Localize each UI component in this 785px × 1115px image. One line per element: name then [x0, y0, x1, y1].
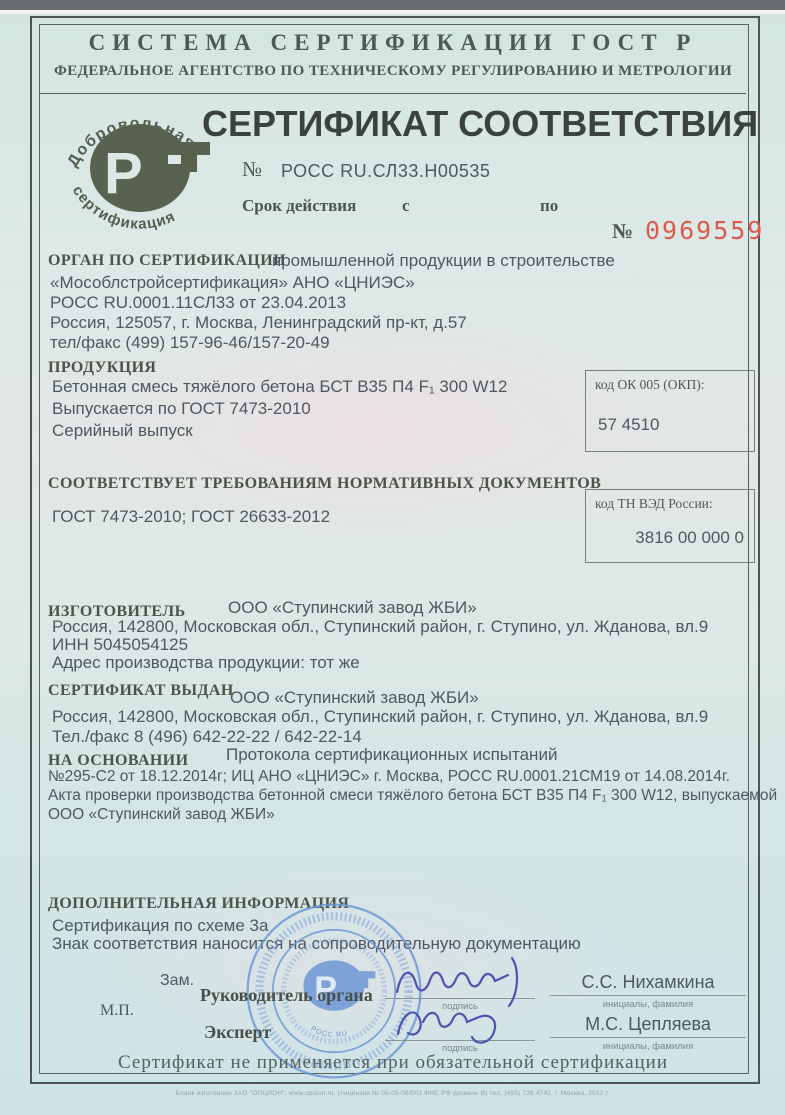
print-info: Бланк изготовлен ЗАО "ОПЦИОН", www.opcio…: [0, 1090, 785, 1097]
tnved-code-label: код ТН ВЭД России:: [595, 496, 713, 512]
organ-line: РОСС RU.0001.11СЛ33 от 23.04.2013: [50, 293, 467, 313]
scan-edge-light: [0, 10, 785, 14]
logo-mark-notch: [168, 155, 181, 164]
tnved-code-value: 3816 00 000 0: [635, 528, 744, 548]
conforms-line: ГОСТ 7473-2010; ГОСТ 26633-2012: [52, 507, 330, 527]
product-lines: Бетонная смесь тяжёлого бетона БСТ В35 П…: [52, 377, 507, 443]
expert-name-line: [550, 1019, 746, 1038]
conforms-label: СООТВЕТСТВУЕТ ТРЕБОВАНИЯМ НОРМАТИВНЫХ ДО…: [48, 475, 601, 493]
page-title: СЕРТИФИКАТ СООТВЕТСТВИЯ: [202, 103, 758, 145]
organ-line: тел/факс (499) 157-96-46/157-20-49: [50, 333, 467, 353]
organ-lines: «Мособлстройсертификация» АНО «ЦНИЭС» РО…: [50, 273, 467, 353]
expert-initials-label: инициалы, фамилия: [550, 1041, 746, 1052]
zam-label: Зам.: [160, 972, 194, 990]
issued-to-suffix: ООО «Ступинский завод ЖБИ»: [230, 688, 479, 708]
head-initials-label: инициалы, фамилия: [550, 999, 746, 1010]
logo-mark-letter: Р: [104, 141, 143, 206]
rst-logo: Добровольная Р сертификация: [56, 94, 220, 236]
issued-to-lines: Россия, 142800, Московская обл., Ступинс…: [52, 707, 708, 747]
validity-from: с: [402, 196, 410, 216]
validity-to: по: [540, 196, 558, 216]
validity-label: Срок действия: [242, 196, 356, 216]
tnved-code-box: код ТН ВЭД России: 3816 00 000 0: [585, 489, 755, 563]
blank-number: 0969559: [645, 216, 764, 245]
bottom-note: Сертификат не применяется при обязательн…: [40, 1052, 746, 1074]
product-line: Серийный выпуск: [52, 421, 507, 443]
expert-signature: [390, 996, 520, 1051]
okp-code-value: 57 4510: [598, 415, 659, 435]
conforms-lines: ГОСТ 7473-2010; ГОСТ 26633-2012: [52, 507, 330, 527]
head-name-line: [550, 977, 746, 996]
organ-line: «Мособлстройсертификация» АНО «ЦНИЭС»: [50, 273, 467, 293]
manufacturer-suffix: ООО «Ступинский завод ЖБИ»: [228, 598, 477, 618]
product-label: ПРОДУКЦИЯ: [48, 359, 156, 377]
basis-lines: №295-С2 от 18.12.2014г; ИЦ АНО «ЦНИЭС» г…: [48, 768, 777, 825]
agency-title: ФЕДЕРАЛЬНОЕ АГЕНТСТВО ПО ТЕХНИЧЕСКОМУ РЕ…: [40, 63, 746, 80]
system-title: СИСТЕМА СЕРТИФИКАЦИИ ГОСТ Р: [40, 30, 746, 56]
organ-label: ОРГАН ПО СЕРТИФИКАЦИИ: [48, 252, 286, 270]
basis-suffix: Протокола сертификационных испытаний: [226, 745, 557, 765]
issued-to-line: Россия, 142800, Московская обл., Ступинс…: [52, 707, 708, 727]
manufacturer-line: Адрес производства продукции: тот же: [52, 653, 708, 671]
manufacturer-lines: Россия, 142800, Московская обл., Ступинс…: [52, 617, 708, 671]
expert-label: Эксперт: [204, 1022, 271, 1043]
basis-line: ООО «Ступинский завод ЖБИ»: [48, 806, 777, 825]
cert-number: РОСС RU.СЛ33.Н00535: [281, 161, 490, 182]
issued-to-line: Тел./факс 8 (496) 642-22-22 / 642-22-14: [52, 727, 708, 747]
organ-line: Россия, 125057, г. Москва, Ленинградский…: [50, 313, 467, 333]
organ-label-suffix: промышленной продукции в строительстве: [272, 251, 615, 271]
head-label: Руководитель органа: [200, 985, 373, 1006]
logo-mark-t-stem: [184, 142, 197, 172]
manufacturer-line: ИНН 5045054125: [52, 635, 708, 653]
manufacturer-line: Россия, 142800, Московская обл., Ступинс…: [52, 617, 708, 635]
svg-text:РОСС RU: РОСС RU: [309, 1024, 348, 1039]
mp-label: М.П.: [100, 1002, 134, 1020]
issued-to-label: СЕРТИФИКАТ ВЫДАН: [48, 682, 234, 700]
basis-line: №295-С2 от 18.12.2014г; ИЦ АНО «ЦНИЭС» г…: [48, 768, 777, 787]
okp-code-label: код ОК 005 (ОКП):: [595, 377, 704, 393]
product-line: Бетонная смесь тяжёлого бетона БСТ В35 П…: [52, 377, 507, 399]
product-line: Выпускается по ГОСТ 7473-2010: [52, 399, 507, 421]
certificate-page: СИСТЕМА СЕРТИФИКАЦИИ ГОСТ Р ФЕДЕРАЛЬНОЕ …: [0, 0, 785, 1115]
cert-no-sign: №: [242, 157, 262, 182]
blank-no-sign: №: [612, 219, 633, 244]
okp-code-box: код ОК 005 (ОКП): 57 4510: [585, 370, 755, 452]
basis-line: Акта проверки производства бетонной смес…: [48, 787, 777, 806]
scan-edge: [0, 0, 785, 10]
stamp-visible-text: РОСС RU: [309, 1024, 348, 1039]
